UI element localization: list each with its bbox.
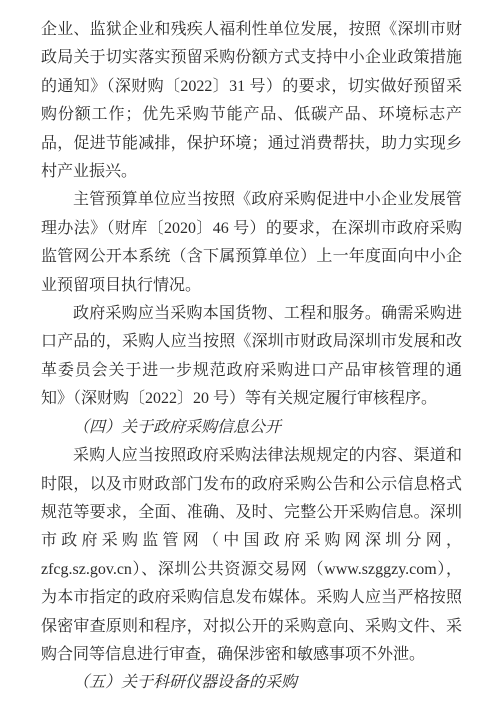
section-heading: （四）关于政府采购信息公开 xyxy=(41,414,462,442)
section-heading: （五）关于科研仪器设备的采购 xyxy=(41,669,462,697)
paragraph: 采购人应当按照政府采购法律法规规定的内容、渠道和时限，以及市财政部门发布的政府采… xyxy=(41,442,462,669)
document-body: 企业、监狱企业和残疾人福利性单位发展，按照《深圳市财政局关于切实落实预留采购份额… xyxy=(41,16,462,698)
paragraph: 主管预算单位应当按照《政府采购促进中小企业发展管理办法》（财库〔2020〕46 … xyxy=(41,186,462,300)
paragraph: 政府采购应当采购本国货物、工程和服务。确需采购进口产品的，采购人应当按照《深圳市… xyxy=(41,300,462,414)
paragraph: 企业、监狱企业和残疾人福利性单位发展，按照《深圳市财政局关于切实落实预留采购份额… xyxy=(41,16,462,186)
document-page: 企业、监狱企业和残疾人福利性单位发展，按照《深圳市财政局关于切实落实预留采购份额… xyxy=(0,0,500,711)
